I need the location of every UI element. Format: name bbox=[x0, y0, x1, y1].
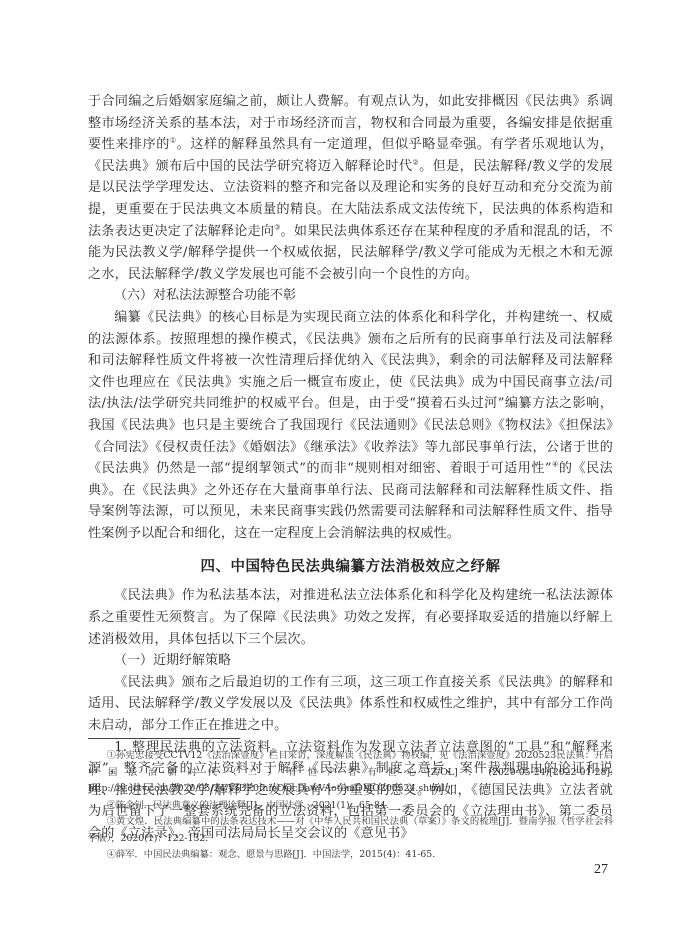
paragraph: 《民法典》颁布之后最迫切的工作有三项，这三项工作直接关系《民法典》的解释和适用、… bbox=[88, 672, 613, 737]
footnote-divider bbox=[88, 738, 240, 739]
page-number: 27 bbox=[594, 862, 608, 878]
subheading-one: （一）近期纾解策略 bbox=[88, 650, 613, 672]
footnote: ③黄文煌．民法典编纂中的法条表达技术——对《中华人民共和国民法典（草案）》条文的… bbox=[88, 814, 613, 847]
footnote: ①孙宪忠接受CCTV12《法治深壹度》栏目采访，深度解读《民法典》物权编，见《法… bbox=[88, 748, 613, 798]
subheading-six: （六）对私法法源整合功能不彰 bbox=[88, 285, 613, 307]
main-text: 于合同编之后婚姻家庭编之前，颇让人费解。有观点认为，如此安排概因《民法典》系调整… bbox=[88, 91, 613, 845]
paragraph: 于合同编之后婚姻家庭编之前，颇让人费解。有观点认为，如此安排概因《民法典》系调整… bbox=[88, 91, 613, 285]
footnote: ②陈金钊．民法典意义的法理诠释[J]．中国法学，2021(1)：65-84. bbox=[88, 798, 613, 815]
footnote: ④薛军．中国民法典编纂：观念、愿景与思路[J]．中国法学，2015(4)：41-… bbox=[88, 847, 613, 864]
paragraph: 《民法典》作为私法基本法，对推进私法立法体系化和科学化及构建统一私法法源体系之重… bbox=[88, 585, 613, 650]
footnote-ref[interactable]: ④ bbox=[552, 461, 559, 469]
footnote-ref[interactable]: ① bbox=[170, 137, 177, 145]
text: 编纂《民法典》的核心目标是为实现民商立法的体系化和科学化，并构建统一、权威的法源… bbox=[88, 310, 613, 476]
paragraph: 编纂《民法典》的核心目标是为实现民商立法的体系化和科学化，并构建统一、权威的法源… bbox=[88, 307, 613, 545]
footnotes: ①孙宪忠接受CCTV12《法治深壹度》栏目采访，深度解读《民法典》物权编，见《法… bbox=[88, 748, 613, 864]
section-heading: 四、中国特色民法典编纂方法消极效应之纾解 bbox=[88, 556, 613, 578]
